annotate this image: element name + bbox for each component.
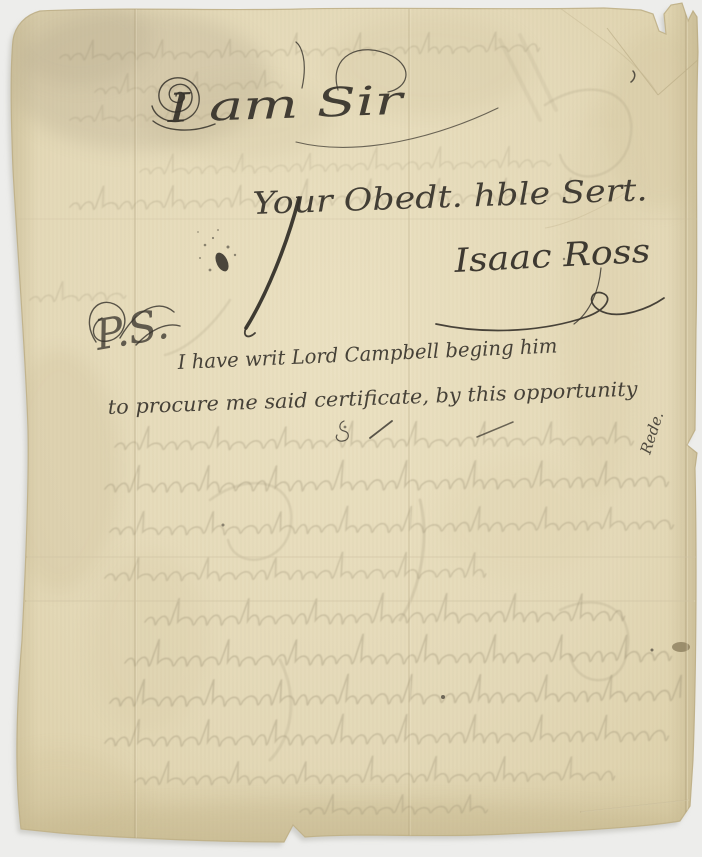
letter-scan: I am Sir Your Obedt. hble Sert. Isaac Ro… [0, 0, 702, 857]
closing-salutation: I am Sir [165, 78, 407, 132]
letter-page-svg: I am Sir Your Obedt. hble Sert. Isaac Ro… [0, 0, 702, 857]
